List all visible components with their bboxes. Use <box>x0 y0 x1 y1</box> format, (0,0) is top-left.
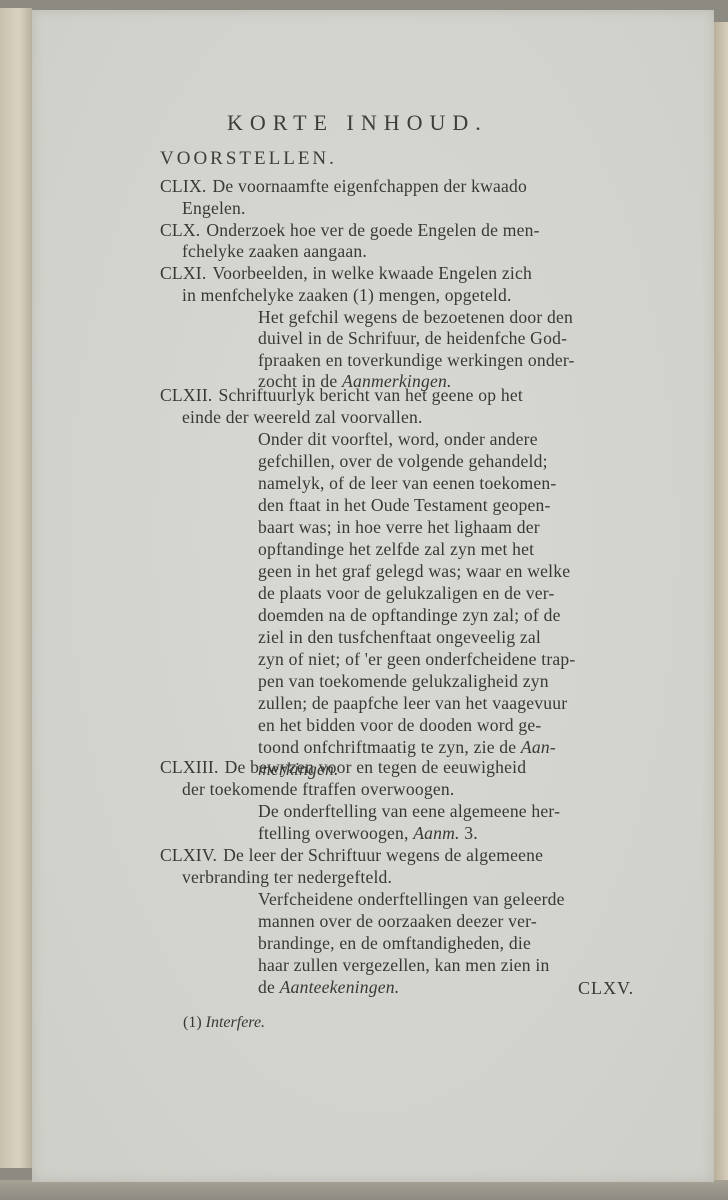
entry-clxii-line-2: einde der weereld zal voorvallen. <box>182 407 423 427</box>
entry-clxiv-note: de Aanteekeningen. <box>258 977 399 997</box>
entry-clxi-note: Het gefchil wegens de bezoetenen door de… <box>258 307 573 327</box>
entry-clxii-note: de plaats voor de gelukzaligen en de ver… <box>258 583 555 603</box>
entry-clxi-line-2: in menfchelyke zaaken (1) mengen, opgete… <box>182 285 512 305</box>
footnote: (1) Interfere. <box>183 1014 265 1032</box>
entry-clxiii-line-1: CLXIII.De bewyzen voor en tegen de eeuwi… <box>160 757 526 777</box>
entry-clxiv-note: haar zullen vergezellen, kan men zien in <box>258 955 549 975</box>
footnote-marker: (1) <box>183 1014 202 1031</box>
entry-clxii-note: zullen; de paapfche leer van het vaagevu… <box>258 693 567 713</box>
entry-clxiii-note: ftelling overwoogen, Aanm. 3. <box>258 823 478 843</box>
entry-clx-line-2: fchelyke zaaken aangaan. <box>182 241 367 261</box>
entry-clxiii-note: De onderftelling van eene algemeene her- <box>258 801 560 821</box>
entry-clxii-note: doemden na de opftandinge zyn zal; of de <box>258 605 561 625</box>
entry-clxii-line-1: CLXII.Schriftuurlyk bericht van het geen… <box>160 385 523 405</box>
entry-clxii-note: pen van toekomende gelukzaligheid zyn <box>258 671 549 691</box>
entry-clxii-note: zyn of niet; of 'er geen onderfcheidene … <box>258 649 575 669</box>
entry-number: CLXII. <box>160 385 213 405</box>
footnote-text: Interfere. <box>206 1014 265 1031</box>
entry-clxiv-line-1: CLXIV.De leer der Schriftuur wegens de a… <box>160 845 543 865</box>
entry-clxiv-line-2: verbranding ter nedergefteld. <box>182 867 392 887</box>
page-heading: KORTE INHOUD. <box>227 110 488 136</box>
entry-clxii-note: namelyk, of de leer van eenen toekomen- <box>258 473 556 493</box>
italic-reference: Aanteekeningen. <box>280 977 400 997</box>
italic-reference: Aanm. <box>413 823 459 843</box>
entry-number: CLIX. <box>160 176 206 196</box>
entry-clxii-note: baart was; in hoe verre het lighaam der <box>258 517 540 537</box>
italic-reference: Aan- <box>521 737 556 757</box>
section-title: VOORSTELLEN. <box>160 148 337 170</box>
book-bottom-edge <box>0 1180 728 1200</box>
entry-clxiii-line-2: der toekomende ftraffen overwoogen. <box>182 779 454 799</box>
entry-clxii-note: toond onfchriftmaatig te zyn, zie de Aan… <box>258 737 556 757</box>
entry-clxii-note: geen in het graf gelegd was; waar en wel… <box>258 561 570 581</box>
entry-clxi-note: fpraaken en toverkundige werkingen onder… <box>258 350 575 370</box>
entry-number: CLXIII. <box>160 757 219 777</box>
entry-clx-line-1: CLX.Onderzoek hoe ver de goede Engelen d… <box>160 220 540 240</box>
entry-clxii-note: Onder dit voorftel, word, onder andere <box>258 429 538 449</box>
entry-clxi-line-1: CLXI.Voorbeelden, in welke kwaade Engele… <box>160 263 532 283</box>
entry-number: CLXIV. <box>160 845 217 865</box>
entry-clxiv-note: mannen over de oorzaaken deezer ver- <box>258 911 537 931</box>
entry-number: CLX. <box>160 220 200 240</box>
entry-clix-line-1: CLIX.De voornaamfte eigenfchappen der kw… <box>160 176 527 196</box>
book-left-edge <box>0 8 32 1168</box>
entry-clxii-note: den ftaat in het Oude Testament geopen- <box>258 495 551 515</box>
entry-number: CLXI. <box>160 263 206 283</box>
book-right-edge <box>714 22 728 1182</box>
entry-clix-line-2: Engelen. <box>182 198 246 218</box>
catchword: CLXV. <box>578 978 634 999</box>
entry-clxii-note: ziel in den tusfchenftaat ongeveelig zal <box>258 627 541 647</box>
entry-clxii-note: gefchillen, over de volgende gehandeld; <box>258 451 548 471</box>
entry-clxiv-note: brandinge, en de omftandigheden, die <box>258 933 531 953</box>
entry-clxi-note: duivel in de Schrifuur, de heidenfche Go… <box>258 328 567 348</box>
entry-clxii-note: opftandinge het zelfde zal zyn met het <box>258 539 534 559</box>
entry-clxii-note: en het bidden voor de dooden word ge- <box>258 715 541 735</box>
entry-clxiv-note: Verfcheidene onderftellingen van geleerd… <box>258 889 565 909</box>
